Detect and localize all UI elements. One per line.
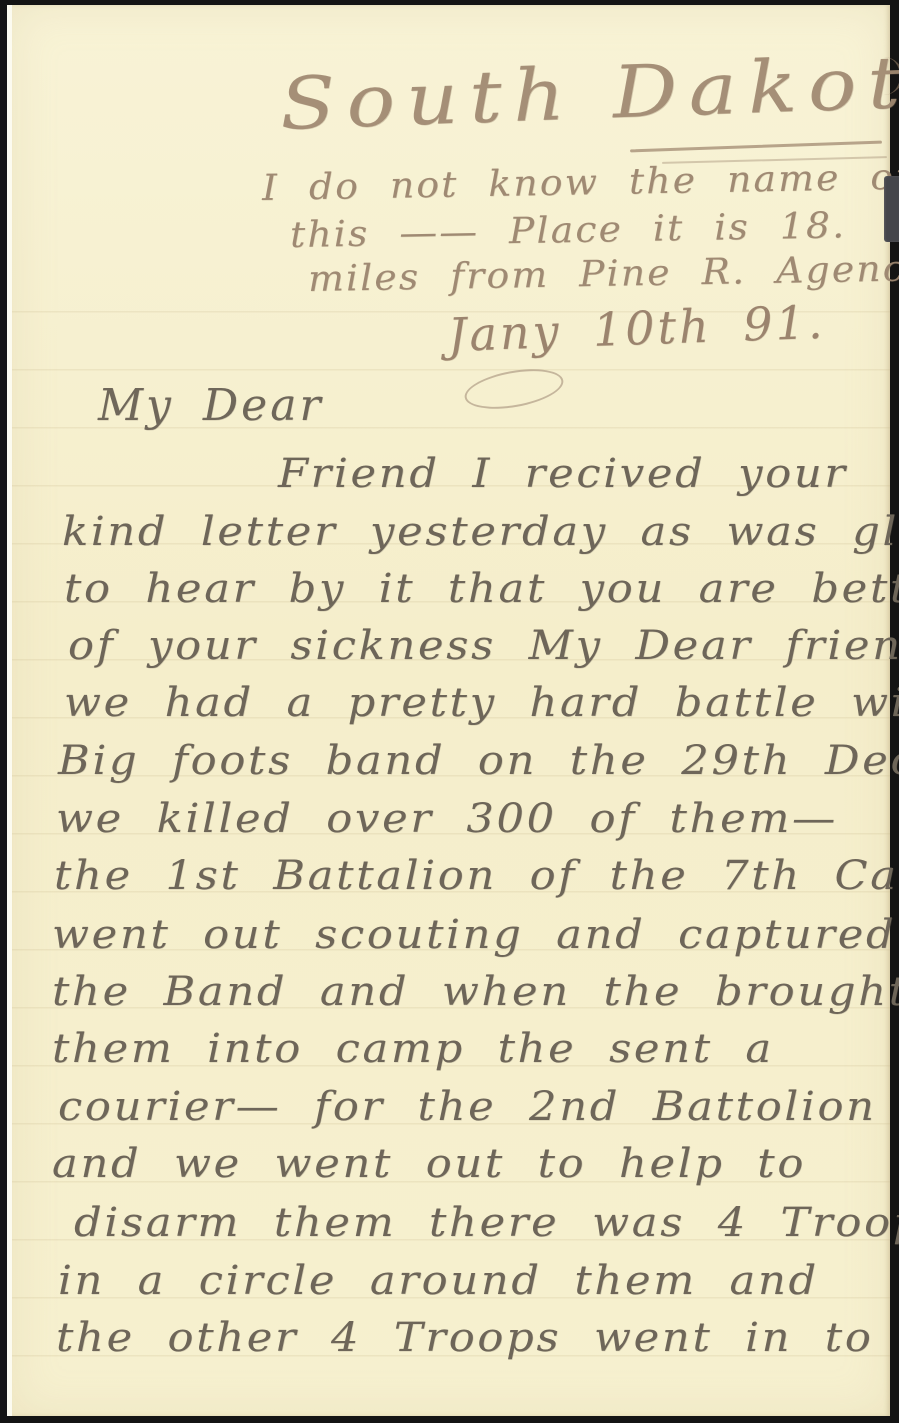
- body-line-11: them into camp the sent a: [52, 1026, 774, 1072]
- body-line-15: in a circle around them and: [58, 1258, 819, 1304]
- body-line-1: Friend I recived your: [278, 451, 848, 497]
- scan-edge-tab-mark: [884, 176, 899, 242]
- body-line-12: courier— for the 2nd Battolion: [58, 1084, 877, 1130]
- date-flourish-loop: [462, 363, 567, 416]
- header-note-line-2: this —— Place it is 18.: [290, 205, 847, 256]
- body-line-3: to hear by it that you are better: [64, 566, 899, 612]
- body-line-10: the Band and when the brought: [52, 969, 899, 1015]
- heading-location: South Dakota: [279, 39, 899, 146]
- body-line-7: we killed over 300 of them—: [56, 796, 838, 842]
- body-line-8: the 1st Battalion of the 7th Cavy.: [54, 853, 899, 899]
- body-line-2: kind letter yesterday as was glad: [62, 509, 899, 555]
- header-note-line-1: I do not know the name of: [262, 157, 899, 210]
- body-line-9: went out scouting and captured: [52, 912, 896, 958]
- salutation: My Dear: [98, 381, 323, 432]
- header-note-line-3: miles from Pine R. Agency: [308, 248, 899, 300]
- body-line-14: disarm them there was 4 Troops: [74, 1200, 899, 1246]
- body-line-16: the other 4 Troops went in to: [56, 1315, 874, 1361]
- body-line-13: and we went out to help to: [52, 1141, 806, 1187]
- body-line-6: Big foots band on the 29th Dec—: [58, 738, 899, 784]
- body-line-5: we had a pretty hard battle with: [64, 680, 899, 726]
- date-line: Jany 10th 91.: [447, 296, 826, 362]
- letter-page: South Dakota I do not know the name of t…: [7, 5, 890, 1416]
- heading-underline-flourish: [630, 141, 882, 153]
- stray-pen-mark: [880, 57, 899, 95]
- body-line-4: of your sickness My Dear friend: [68, 623, 899, 669]
